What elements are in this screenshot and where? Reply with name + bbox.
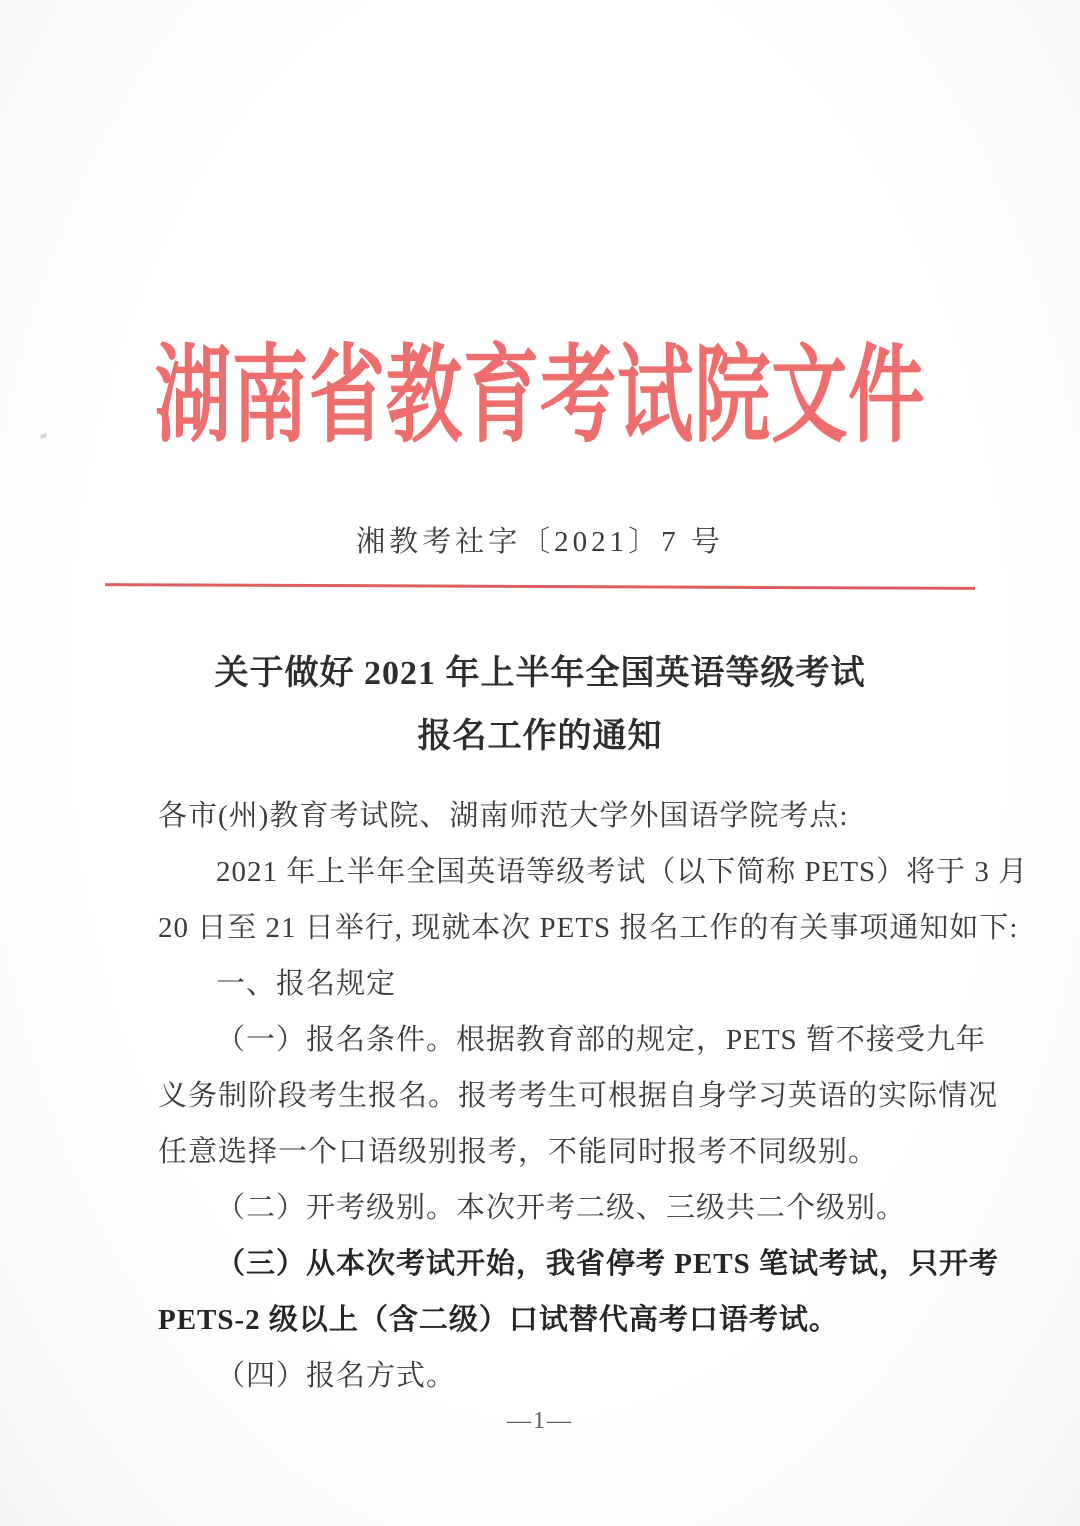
body-line: 20 日至 21 日举行, 现就本次 PETS 报名工作的有关事项通知如下: — [158, 900, 938, 956]
doc-number: 湘教考社字〔2021〕7 号 — [0, 522, 1080, 562]
stray-scan-mark — [40, 433, 48, 439]
body-line: （二）开考级别。本次开考二级、三级共二个级别。 — [158, 1180, 938, 1236]
org-title: 湖南省教育考试院文件 — [151, 336, 929, 458]
body-line: （三）从本次考试开始，我省停考 PETS 笔试考试，只开考 — [158, 1236, 938, 1292]
document-title: 关于做好 2021 年上半年全国英语等级考试 报名工作的通知 — [0, 642, 1080, 768]
body-line: 一、报名规定 — [158, 956, 938, 1012]
document-body: 各市(州)教育考试院、湖南师范大学外国语学院考点:2021 年上半年全国英语等级… — [158, 788, 938, 1404]
body-line: PETS-2 级以上（含二级）口试替代高考口语考试。 — [158, 1292, 938, 1348]
body-line: 义务制阶段考生报名。报考考生可根据自身学习英语的实际情况 — [158, 1068, 938, 1124]
body-line: 任意选择一个口语级别报考，不能同时报考不同级别。 — [158, 1124, 938, 1180]
document-title-line2: 报名工作的通知 — [0, 705, 1080, 768]
body-line: （四）报名方式。 — [158, 1348, 938, 1404]
document-title-line1: 关于做好 2021 年上半年全国英语等级考试 — [0, 642, 1080, 705]
body-line: （一）报名条件。根据教育部的规定，PETS 暂不接受九年 — [158, 1012, 938, 1068]
body-line: 各市(州)教育考试院、湖南师范大学外国语学院考点: — [158, 788, 938, 844]
page-number: —1— — [0, 1408, 1080, 1435]
red-divider — [105, 583, 975, 590]
scanned-document-page: 湖南省教育考试院文件 湘教考社字〔2021〕7 号 关于做好 2021 年上半年… — [0, 0, 1080, 1526]
body-line: 2021 年上半年全国英语等级考试（以下简称 PETS）将于 3 月 — [158, 844, 938, 900]
